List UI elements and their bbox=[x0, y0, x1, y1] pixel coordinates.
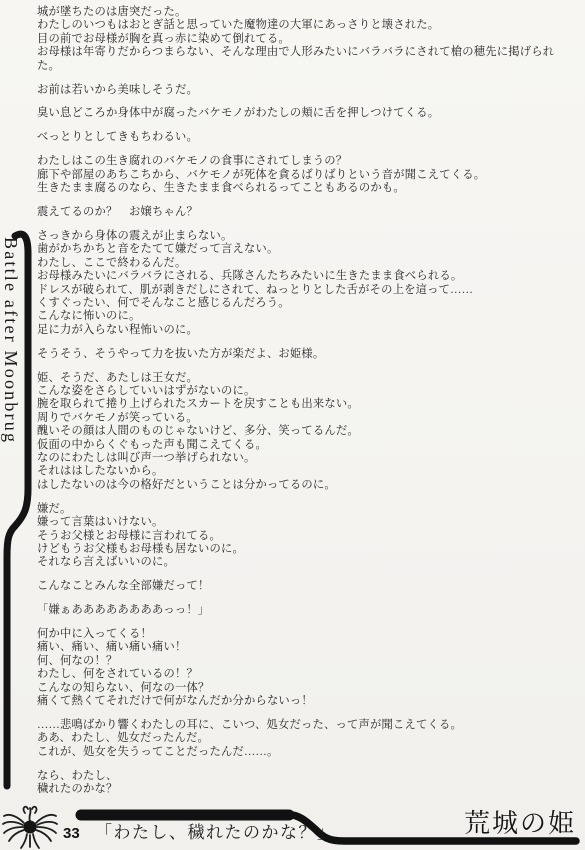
body-paragraph: なら、わたし、 穢れたのかな？ bbox=[37, 770, 567, 797]
body-paragraph: こんなことみんな全部嫌だって！ bbox=[37, 580, 567, 593]
body-paragraph: そうそう、そうやって力を抜いた方が楽だよ、お姫様。 bbox=[37, 348, 567, 361]
body-paragraph: 「嫌ぁああああああああっっ！」 bbox=[37, 604, 567, 617]
winged-crest-icon bbox=[1, 796, 59, 850]
book-title: 荒城の姫 bbox=[464, 803, 576, 840]
spine-title: Battle after Moonbrug bbox=[0, 237, 21, 509]
scanned-page-background: 城が墜ちたのは唐突だった。 わたしのいつもはおとぎ話と思っていた魔物達の大軍にあ… bbox=[0, 0, 585, 850]
chapter-quote: 「わたし、穢れたのかな？」 bbox=[95, 818, 336, 843]
body-paragraph: べっとりとしてきもちわるい。 bbox=[37, 131, 567, 144]
body-paragraph: わたしはこの生き腐れのバケモノの食事にされてしまうの？ 廊下や部屋のあちこちから… bbox=[37, 155, 567, 195]
body-paragraph: 臭い息どころか身体中が腐ったバケモノがわたしの頬に舌を押しつけてくる。 bbox=[37, 107, 567, 120]
body-paragraph: お前は若いから美味しそうだ。 bbox=[37, 84, 567, 97]
body-paragraph: さっきから身体の震えが止まらない。 歯がかちかちと音をたてて嫌だって言えない。 … bbox=[37, 230, 567, 337]
body-paragraph: 城が墜ちたのは唐突だった。 わたしのいつもはおとぎ話と思っていた魔物達の大軍にあ… bbox=[37, 6, 567, 73]
body-paragraph: 嫌だ。 嫌って言葉はいけない。 そうお父様とお母様に言われてる。 けどもうお父様… bbox=[37, 503, 567, 570]
body-text-block: 城が墜ちたのは唐突だった。 わたしのいつもはおとぎ話と思っていた魔物達の大軍にあ… bbox=[37, 6, 567, 807]
body-paragraph: 何か中に入ってくる！ 痛い、痛い、痛い痛い痛い！ 何、何なの！？ わたし、何をさ… bbox=[37, 628, 567, 708]
body-paragraph: 震えてるのか？ お嬢ちゃん？ bbox=[37, 206, 567, 219]
body-paragraph: 姫、そうだ、あたしは王女だ。 こんな姿をさらしていいはずがないのに。 腕を取られ… bbox=[37, 372, 567, 493]
page-number: 33 bbox=[63, 825, 80, 842]
body-paragraph: ……悲鳴ばかり響くわたしの耳に、こいつ、処女だった、って声が聞こえてくる。 ああ… bbox=[37, 719, 567, 759]
